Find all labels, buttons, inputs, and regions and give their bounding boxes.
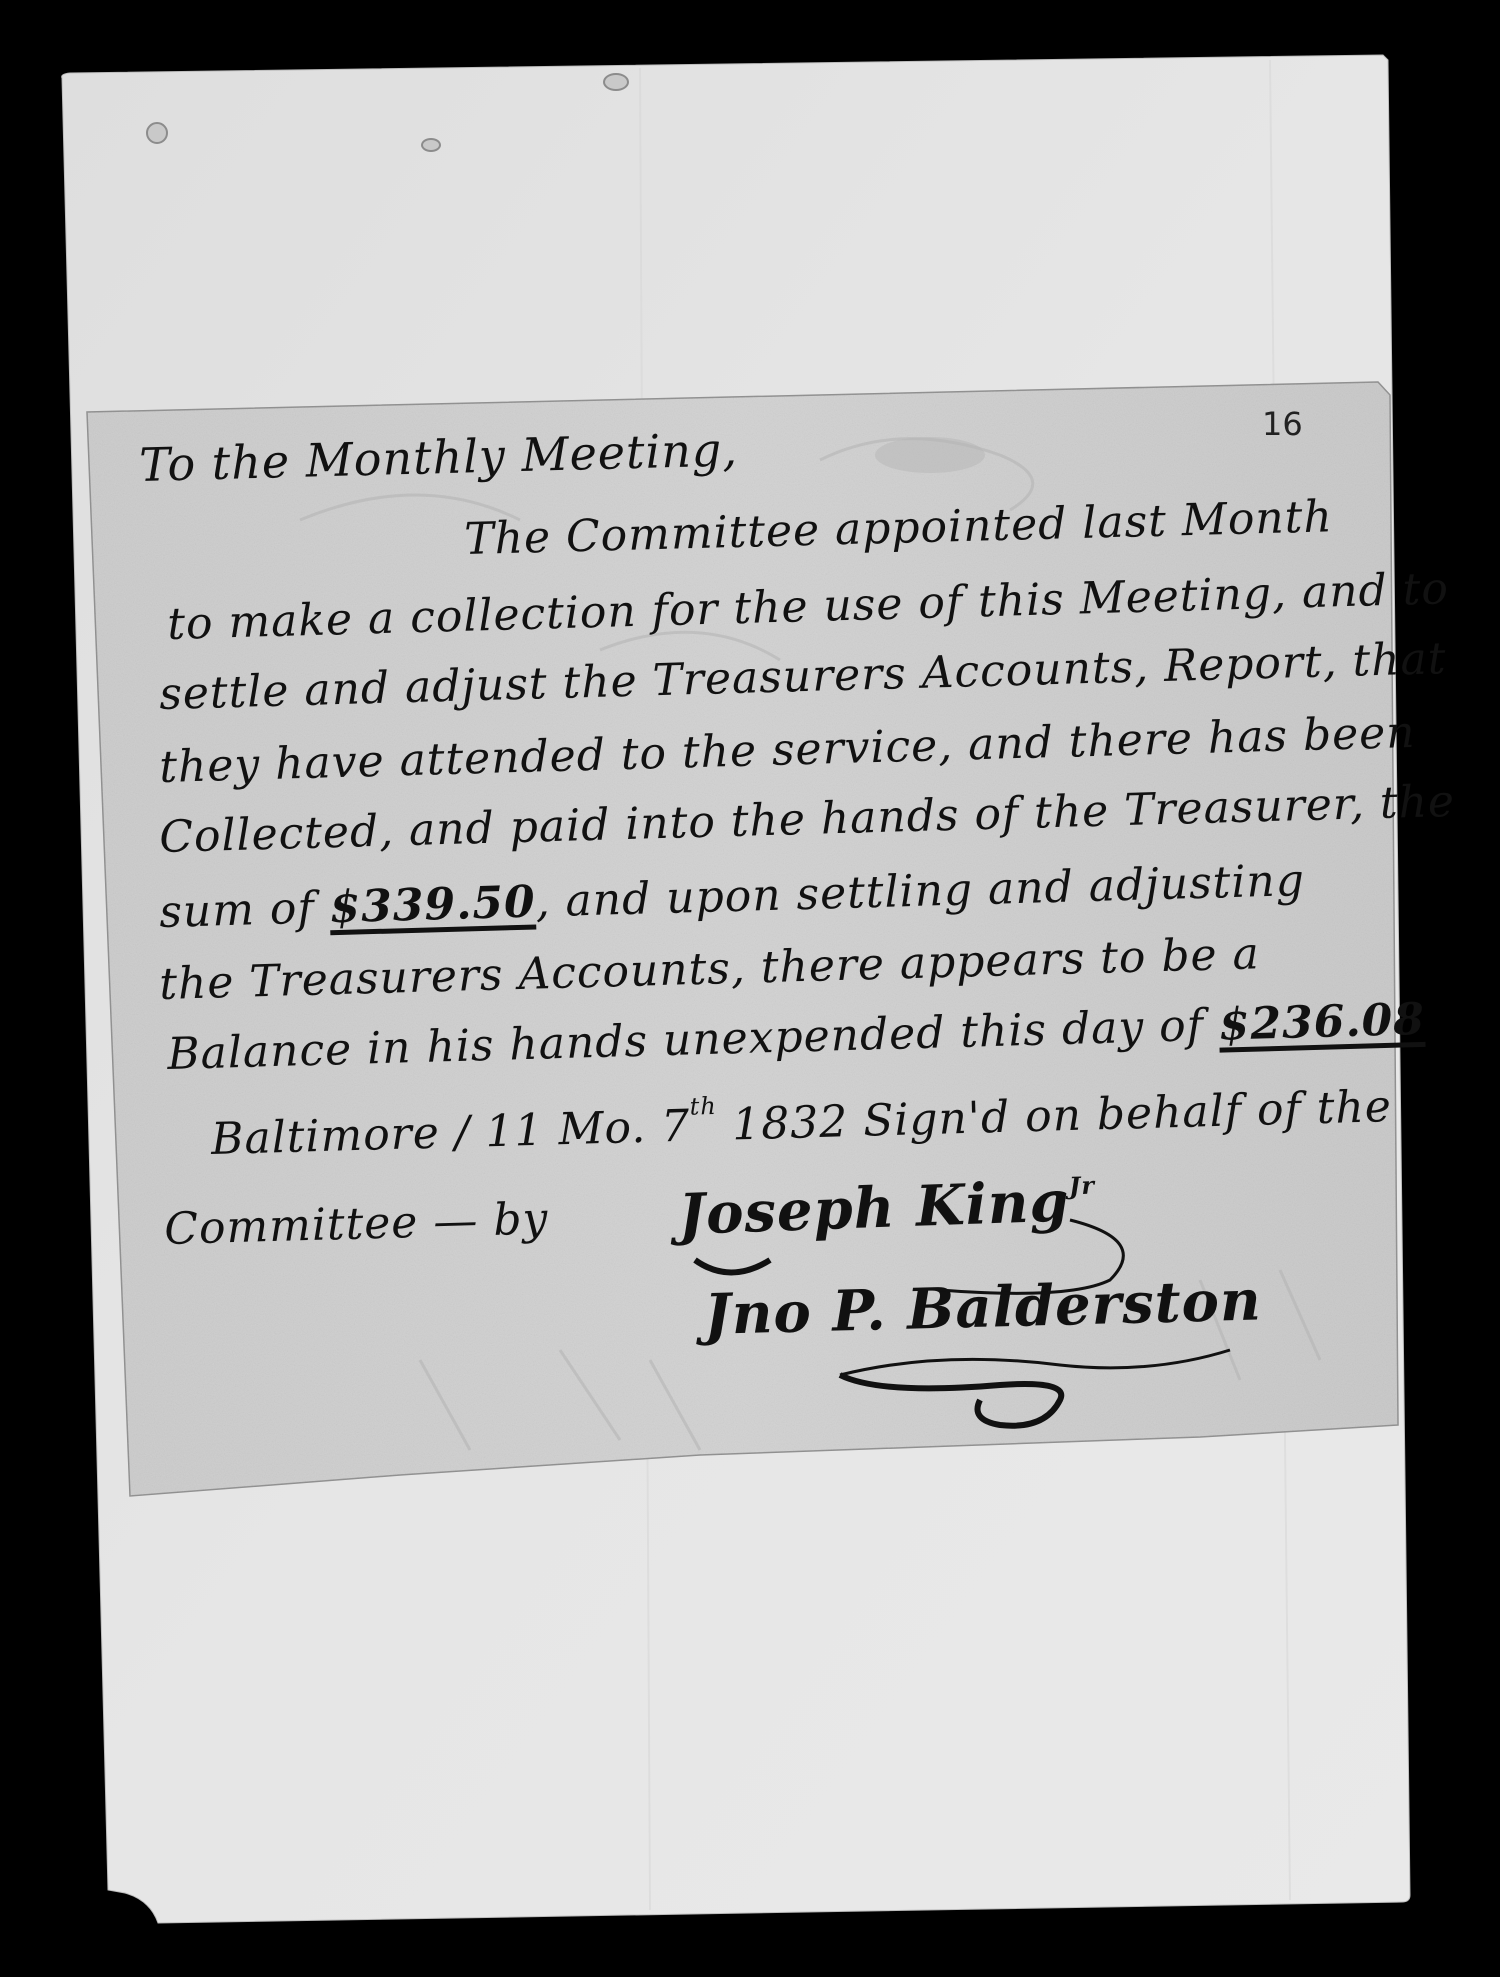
- signature-joseph-king: Joseph KingJr: [678, 1170, 1097, 1256]
- line-6-suffix: , and upon settling and adjusting: [535, 855, 1306, 927]
- closing-dash: —: [433, 1195, 479, 1247]
- signature-name: Joseph King: [677, 1168, 1070, 1248]
- committee-word: Committee: [164, 1197, 419, 1255]
- sum-of-label: sum of: [159, 883, 316, 938]
- letter-text: 16 To the Monthly Meeting, The Committee…: [0, 0, 1500, 1977]
- signature-flourish: [820, 1330, 1240, 1440]
- closing-line: Committee — by: [164, 1194, 549, 1255]
- letter-line-7: the Treasurers Accounts, there appears t…: [159, 929, 1261, 1010]
- letter-line-3: settle and adjust the Treasurers Account…: [159, 634, 1448, 720]
- scan-background: 16 To the Monthly Meeting, The Committee…: [0, 0, 1500, 1977]
- letter-line-2: to make a collection for the use of this…: [167, 564, 1450, 650]
- signature-balderston: Jno P. Balderston: [703, 1270, 1262, 1345]
- by-word: by: [493, 1193, 549, 1246]
- collected-amount: $339.50: [329, 877, 536, 934]
- letter-line-4: they have attended to the service, and t…: [159, 708, 1417, 793]
- balance-text: Balance in his hands unexpended this day…: [167, 1000, 1205, 1080]
- signed-text: Sign'd on behalf of the: [862, 1081, 1392, 1147]
- place-name: Baltimore: [210, 1108, 440, 1165]
- salutation: To the Monthly Meeting,: [139, 424, 739, 490]
- balance-amount: $236.08: [1218, 994, 1425, 1051]
- date-ordinal: th: [689, 1092, 717, 1121]
- letter-line-1: The Committee appointed last Month: [464, 492, 1334, 565]
- folio-number: 16: [1262, 405, 1303, 443]
- letter-line-5: Collected, and paid into the hands of th…: [159, 777, 1456, 863]
- year-text: 1832: [732, 1096, 849, 1150]
- date-line: Baltimore / 11 Mo. 7th 1832 Sign'd on be…: [210, 1082, 1392, 1171]
- date-text: 11 Mo. 7: [485, 1101, 691, 1158]
- signature-suffix: Jr: [1068, 1170, 1095, 1200]
- letter-line-8: Balance in his hands unexpended this day…: [167, 995, 1426, 1080]
- letter-line-6: sum of $339.50, and upon settling and ad…: [159, 856, 1306, 938]
